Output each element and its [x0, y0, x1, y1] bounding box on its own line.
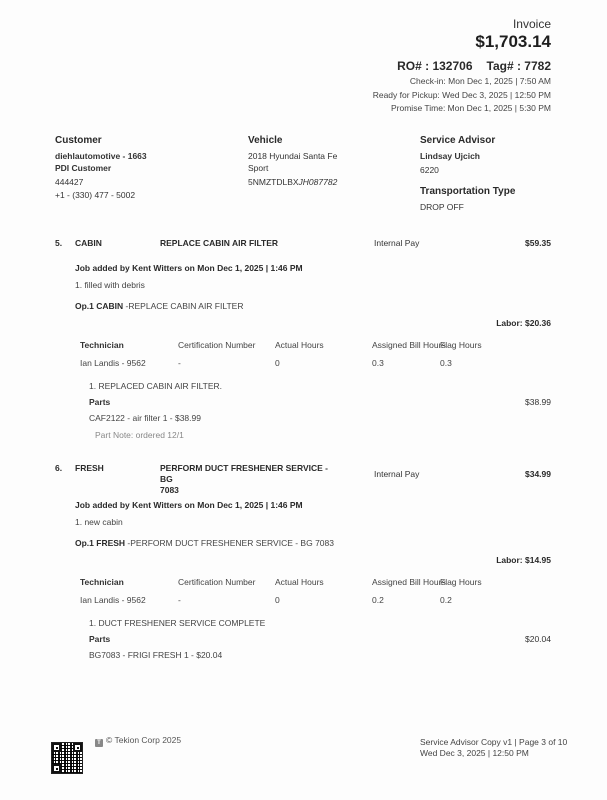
job-concern: 1. new cabin	[75, 517, 123, 527]
tag-number: Tag# : 7782	[487, 59, 551, 73]
job-code: CABIN	[75, 238, 102, 248]
vehicle-model: 2018 Hyundai Santa Fe	[248, 150, 337, 162]
customer-title: Customer	[55, 135, 147, 146]
flag-hours: 0.2	[440, 595, 452, 605]
ro-tag-line: RO# : 132706Tag# : 7782	[397, 59, 551, 73]
customer-type: PDI Customer	[55, 162, 147, 174]
parts-label: Parts	[89, 634, 110, 644]
vehicle-vin: 5NMZTDLBXJH087782	[248, 176, 337, 188]
labor-total: Labor: $20.36	[496, 318, 551, 328]
parts-label: Parts	[89, 397, 110, 407]
assigned-bill-hours: 0.3	[372, 358, 384, 368]
job-concern: 1. filled with debris	[75, 280, 145, 290]
ready-for-pickup-time: Ready for Pickup: Wed Dec 3, 2025 | 12:5…	[373, 90, 551, 100]
copyright: T© Tekion Corp 2025	[95, 735, 181, 747]
correction: 1. REPLACED CABIN AIR FILTER.	[89, 381, 222, 391]
vehicle-trim: Sport	[248, 162, 337, 174]
vehicle-title: Vehicle	[248, 135, 337, 146]
promise-time: Promise Time: Mon Dec 1, 2025 | 5:30 PM	[391, 103, 551, 113]
customer-block: Customer diehlautomotive - 1663 PDI Cust…	[55, 135, 147, 201]
customer-id: 444427	[55, 176, 147, 188]
transportation-value: DROP OFF	[420, 201, 515, 213]
service-advisor-title: Service Advisor	[420, 135, 515, 146]
ro-number: RO# : 132706	[397, 59, 472, 73]
job-added-by: Job added by Kent Witters on Mon Dec 1, …	[75, 500, 303, 510]
pay-type: Internal Pay	[374, 238, 419, 248]
service-advisor-block: Service Advisor Lindsay Ujcich 6220 Tran…	[420, 135, 515, 213]
job-amount: $59.35	[525, 238, 551, 248]
check-in-time: Check-in: Mon Dec 1, 2025 | 7:50 AM	[410, 76, 551, 86]
qr-code	[51, 742, 83, 774]
job-description: REPLACE CABIN AIR FILTER	[160, 238, 320, 248]
job-added-by: Job added by Kent Witters on Mon Dec 1, …	[75, 263, 303, 273]
flag-hours: 0.3	[440, 358, 452, 368]
labor-total: Labor: $14.95	[496, 555, 551, 565]
job-description: PERFORM DUCT FRESHENER SERVICE - BG7083	[160, 463, 340, 496]
pay-type: Internal Pay	[374, 469, 419, 479]
parts-total: $20.04	[525, 634, 551, 644]
job-code: FRESH	[75, 463, 104, 473]
print-timestamp: Wed Dec 3, 2025 | 12:50 PM	[420, 748, 567, 759]
part-line: BG7083 - FRIGI FRESH 1 - $20.04	[89, 650, 222, 660]
part-line: CAF2122 - air filter 1 - $38.99	[89, 413, 201, 423]
parts-total: $38.99	[525, 397, 551, 407]
op-line: Op.1 CABIN -REPLACE CABIN AIR FILTER	[75, 301, 243, 311]
actual-hours: 0	[275, 358, 280, 368]
correction: 1. DUCT FRESHENER SERVICE COMPLETE	[89, 618, 265, 628]
actual-hours: 0	[275, 595, 280, 605]
footer-info: Service Advisor Copy v1 | Page 3 of 10 W…	[420, 737, 567, 759]
service-advisor-name: Lindsay Ujcich	[420, 150, 515, 162]
certification-number: -	[178, 358, 181, 368]
part-note: Part Note: ordered 12/1	[95, 430, 184, 440]
service-advisor-id: 6220	[420, 164, 515, 176]
customer-phone: +1 - (330) 477 - 5002	[55, 189, 147, 201]
technician-name: Ian Landis - 9562	[80, 358, 146, 368]
op-line: Op.1 FRESH -PERFORM DUCT FRESHENER SERVI…	[75, 538, 334, 548]
tekion-logo-icon: T	[95, 739, 103, 747]
job-number: 5.	[55, 238, 62, 248]
technician-name: Ian Landis - 9562	[80, 595, 146, 605]
job-amount: $34.99	[525, 469, 551, 479]
certification-number: -	[178, 595, 181, 605]
job-number: 6.	[55, 463, 62, 473]
customer-name: diehlautomotive - 1663	[55, 150, 147, 162]
vehicle-block: Vehicle 2018 Hyundai Santa Fe Sport 5NMZ…	[248, 135, 337, 188]
invoice-total: $1,703.14	[475, 32, 551, 52]
document-type: Invoice	[513, 17, 551, 31]
copy-page-info: Service Advisor Copy v1 | Page 3 of 10	[420, 737, 567, 748]
transportation-title: Transportation Type	[420, 186, 515, 197]
assigned-bill-hours: 0.2	[372, 595, 384, 605]
